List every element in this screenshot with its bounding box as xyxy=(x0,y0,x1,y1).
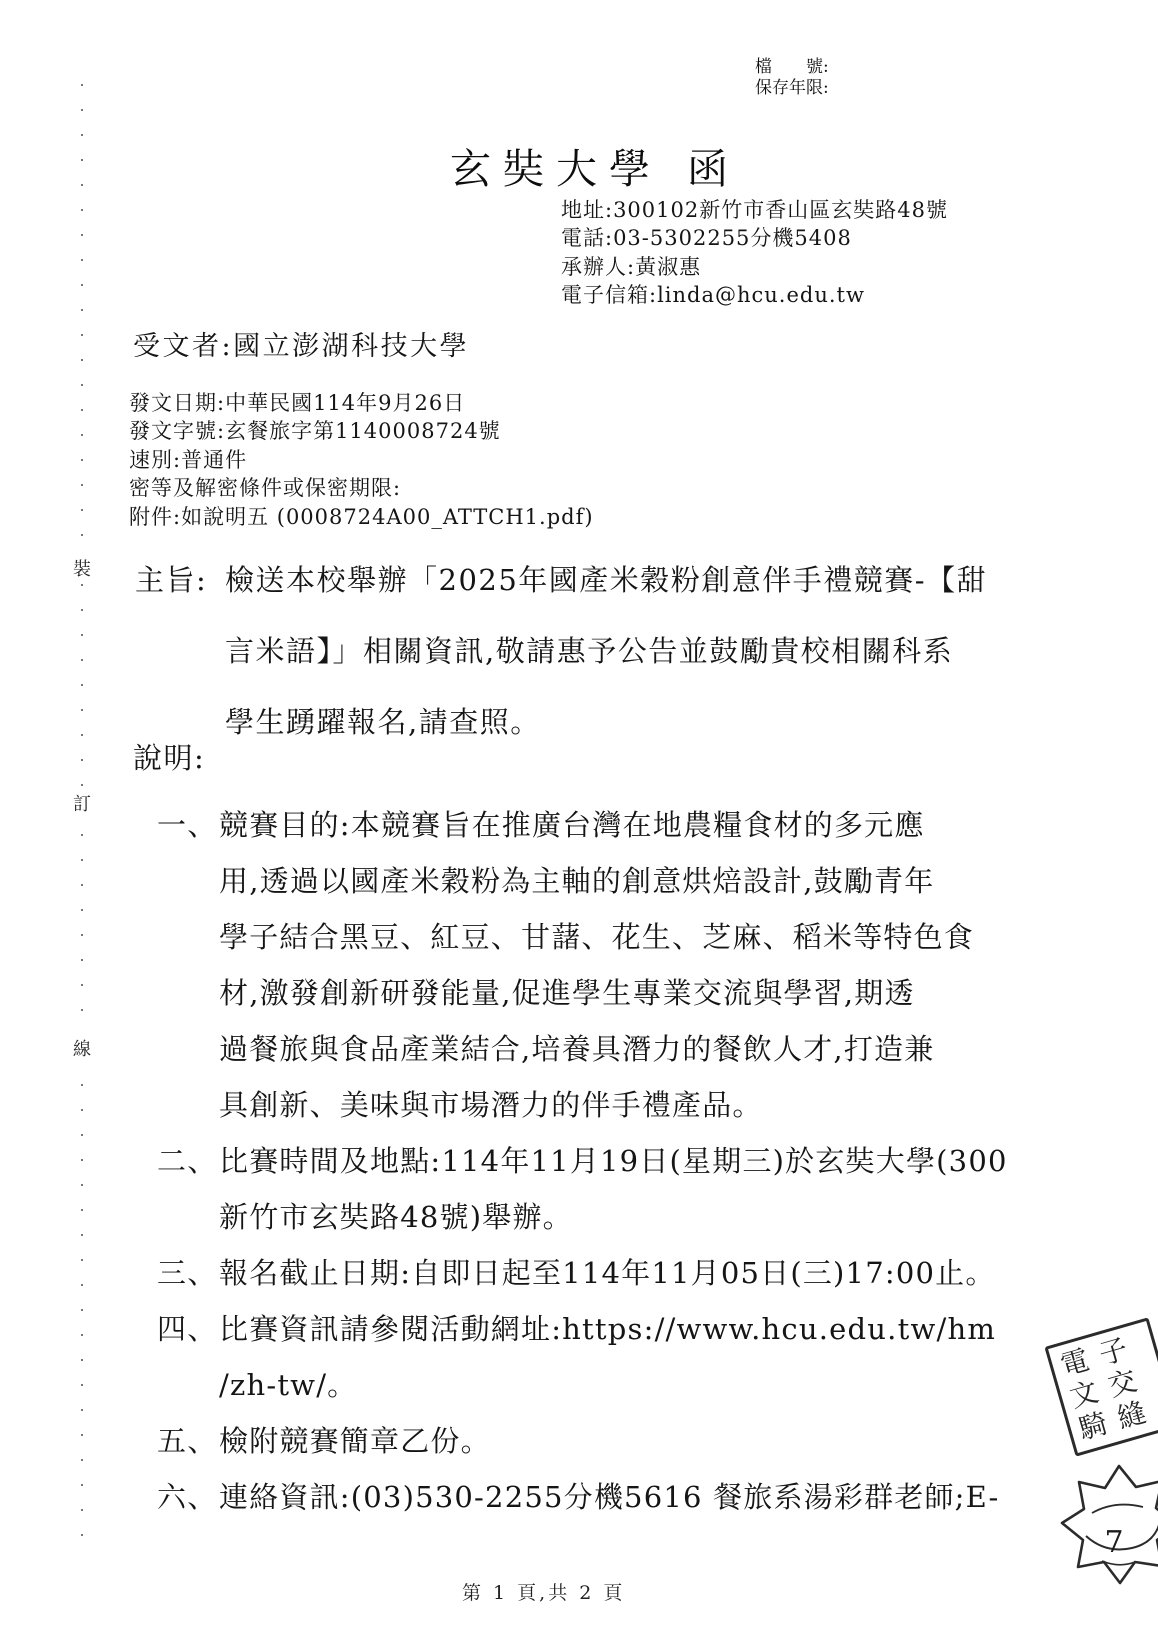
binding-mark-xian: 線 xyxy=(71,1032,93,1064)
explanation-item-6: 六、 連絡資訊:(03)530-2255分機5616 餐旅系湯彩群老師;E- xyxy=(157,1469,1008,1525)
subject-line: 檢送本校舉辦「2025年國產米穀粉創意伴手禮競賽-【甜 xyxy=(225,545,987,616)
attachment-note: 附件:如說明五 (0008724A00_ATTCH1.pdf) xyxy=(129,503,594,531)
sender-info-block: 地址:300102新竹市香山區玄奘路48號 電話:03-5302255分機540… xyxy=(561,196,948,310)
explanation-items: 一、 競賽目的:本競賽旨在推廣台灣在地農糧食材的多元應 用,透過以國產米穀粉為主… xyxy=(157,797,1008,1525)
item-number: 一、 xyxy=(157,797,219,853)
sender-phone: 電話:03-5302255分機5408 xyxy=(561,224,948,252)
item-text: 競賽目的:本競賽旨在推廣台灣在地農糧食材的多元應 用,透過以國產米穀粉為主軸的創… xyxy=(219,797,974,1133)
binding-mark-zhuang: 裝 xyxy=(71,552,93,584)
item-line: 過餐旅與食品產業結合,培養具潛力的餐飲人才,打造兼 xyxy=(219,1021,974,1077)
file-number-label: 檔 號: xyxy=(755,57,829,78)
dispatch-date: 發文日期:中華民國114年9月26日 xyxy=(129,389,594,417)
explanation-item-3: 三、 報名截止日期:自即日起至114年11月05日(三)17:00止。 xyxy=(157,1245,1008,1301)
explanation-item-1: 一、 競賽目的:本競賽旨在推廣台灣在地農糧食材的多元應 用,透過以國產米穀粉為主… xyxy=(157,797,1008,1133)
dispatch-meta-block: 發文日期:中華民國114年9月26日 發文字號:玄餐旅字第1140008724號… xyxy=(129,389,594,531)
speed-class: 速別:普通件 xyxy=(129,446,594,474)
perforation-number: 7 xyxy=(1104,1525,1123,1560)
page-footer: 第 1 頁,共 2 頁 xyxy=(462,1578,625,1605)
item-line: 連絡資訊:(03)530-2255分機5616 餐旅系湯彩群老師;E- xyxy=(219,1469,1000,1525)
sender-email: 電子信箱:linda@hcu.edu.tw xyxy=(561,281,948,309)
explanation-item-5: 五、 檢附競賽簡章乙份。 xyxy=(157,1413,1008,1469)
security-class: 密等及解密條件或保密期限: xyxy=(129,474,594,502)
recipient-line: 受文者:國立澎湖科技大學 xyxy=(133,324,469,363)
subject-line: 學生踴躍報名,請查照。 xyxy=(225,687,987,758)
item-text: 連絡資訊:(03)530-2255分機5616 餐旅系湯彩群老師;E- xyxy=(219,1469,1000,1525)
item-text: 報名截止日期:自即日起至114年11月05日(三)17:00止。 xyxy=(219,1245,996,1301)
subject-line: 言米語】」相關資訊,敬請惠予公告並鼓勵貴校相關科系 xyxy=(225,616,987,687)
sender-contact-person: 承辦人:黃淑惠 xyxy=(561,253,948,281)
explanation-label: 說明: xyxy=(133,731,205,786)
item-line: /zh-tw/。 xyxy=(219,1357,996,1413)
archive-labels: 檔 號: 保存年限: xyxy=(755,57,829,99)
item-number: 六、 xyxy=(157,1469,219,1525)
sender-address: 地址:300102新竹市香山區玄奘路48號 xyxy=(561,196,948,224)
item-line: 用,透過以國產米穀粉為主軸的創意烘焙設計,鼓勵青年 xyxy=(219,853,974,909)
item-number: 二、 xyxy=(157,1133,219,1189)
subject-label: 主旨: xyxy=(135,545,225,616)
item-number: 三、 xyxy=(157,1245,219,1301)
item-line: 檢附競賽簡章乙份。 xyxy=(219,1413,491,1469)
subject-text: 檢送本校舉辦「2025年國產米穀粉創意伴手禮競賽-【甜 言米語】」相關資訊,敬請… xyxy=(225,545,987,758)
dispatch-number: 發文字號:玄餐旅字第1140008724號 xyxy=(129,417,594,445)
document-title: 玄奘大學 函 xyxy=(450,136,740,195)
binding-mark-ding: 訂 xyxy=(71,787,93,819)
perforation-seal-icon: 7 xyxy=(1058,1462,1158,1590)
item-number: 四、 xyxy=(157,1301,219,1357)
item-line: 學子結合黑豆、紅豆、甘藷、花生、芝麻、稻米等特色食 xyxy=(219,909,974,965)
item-line: 材,激發創新研發能量,促進學生專業交流與學習,期透 xyxy=(219,965,974,1021)
retention-period-label: 保存年限: xyxy=(755,78,829,99)
item-line: 競賽目的:本競賽旨在推廣台灣在地農糧食材的多元應 xyxy=(219,797,974,853)
item-text: 比賽時間及地點:114年11月19日(星期三)於玄奘大學(300 新竹市玄奘路4… xyxy=(219,1133,1008,1245)
item-text: 檢附競賽簡章乙份。 xyxy=(219,1413,491,1469)
item-line: 新竹市玄奘路48號)舉辦。 xyxy=(219,1189,1008,1245)
subject-section: 主旨: 檢送本校舉辦「2025年國產米穀粉創意伴手禮競賽-【甜 言米語】」相關資… xyxy=(135,545,987,758)
explanation-item-2: 二、 比賽時間及地點:114年11月19日(星期三)於玄奘大學(300 新竹市玄… xyxy=(157,1133,1008,1245)
item-text: 比賽資訊請參閱活動網址:https://www.hcu.edu.tw/hm /z… xyxy=(219,1301,996,1413)
item-line: 比賽時間及地點:114年11月19日(星期三)於玄奘大學(300 xyxy=(219,1133,1008,1189)
item-number: 五、 xyxy=(157,1413,219,1469)
electronic-exchange-stamp-icon: 電子 文交 騎縫 xyxy=(1044,1317,1158,1456)
item-line: 比賽資訊請參閱活動網址:https://www.hcu.edu.tw/hm xyxy=(219,1301,996,1357)
item-line: 報名截止日期:自即日起至114年11月05日(三)17:00止。 xyxy=(219,1245,996,1301)
item-line: 具創新、美味與市場潛力的伴手禮產品。 xyxy=(219,1077,974,1133)
explanation-item-4: 四、 比賽資訊請參閱活動網址:https://www.hcu.edu.tw/hm… xyxy=(157,1301,1008,1413)
